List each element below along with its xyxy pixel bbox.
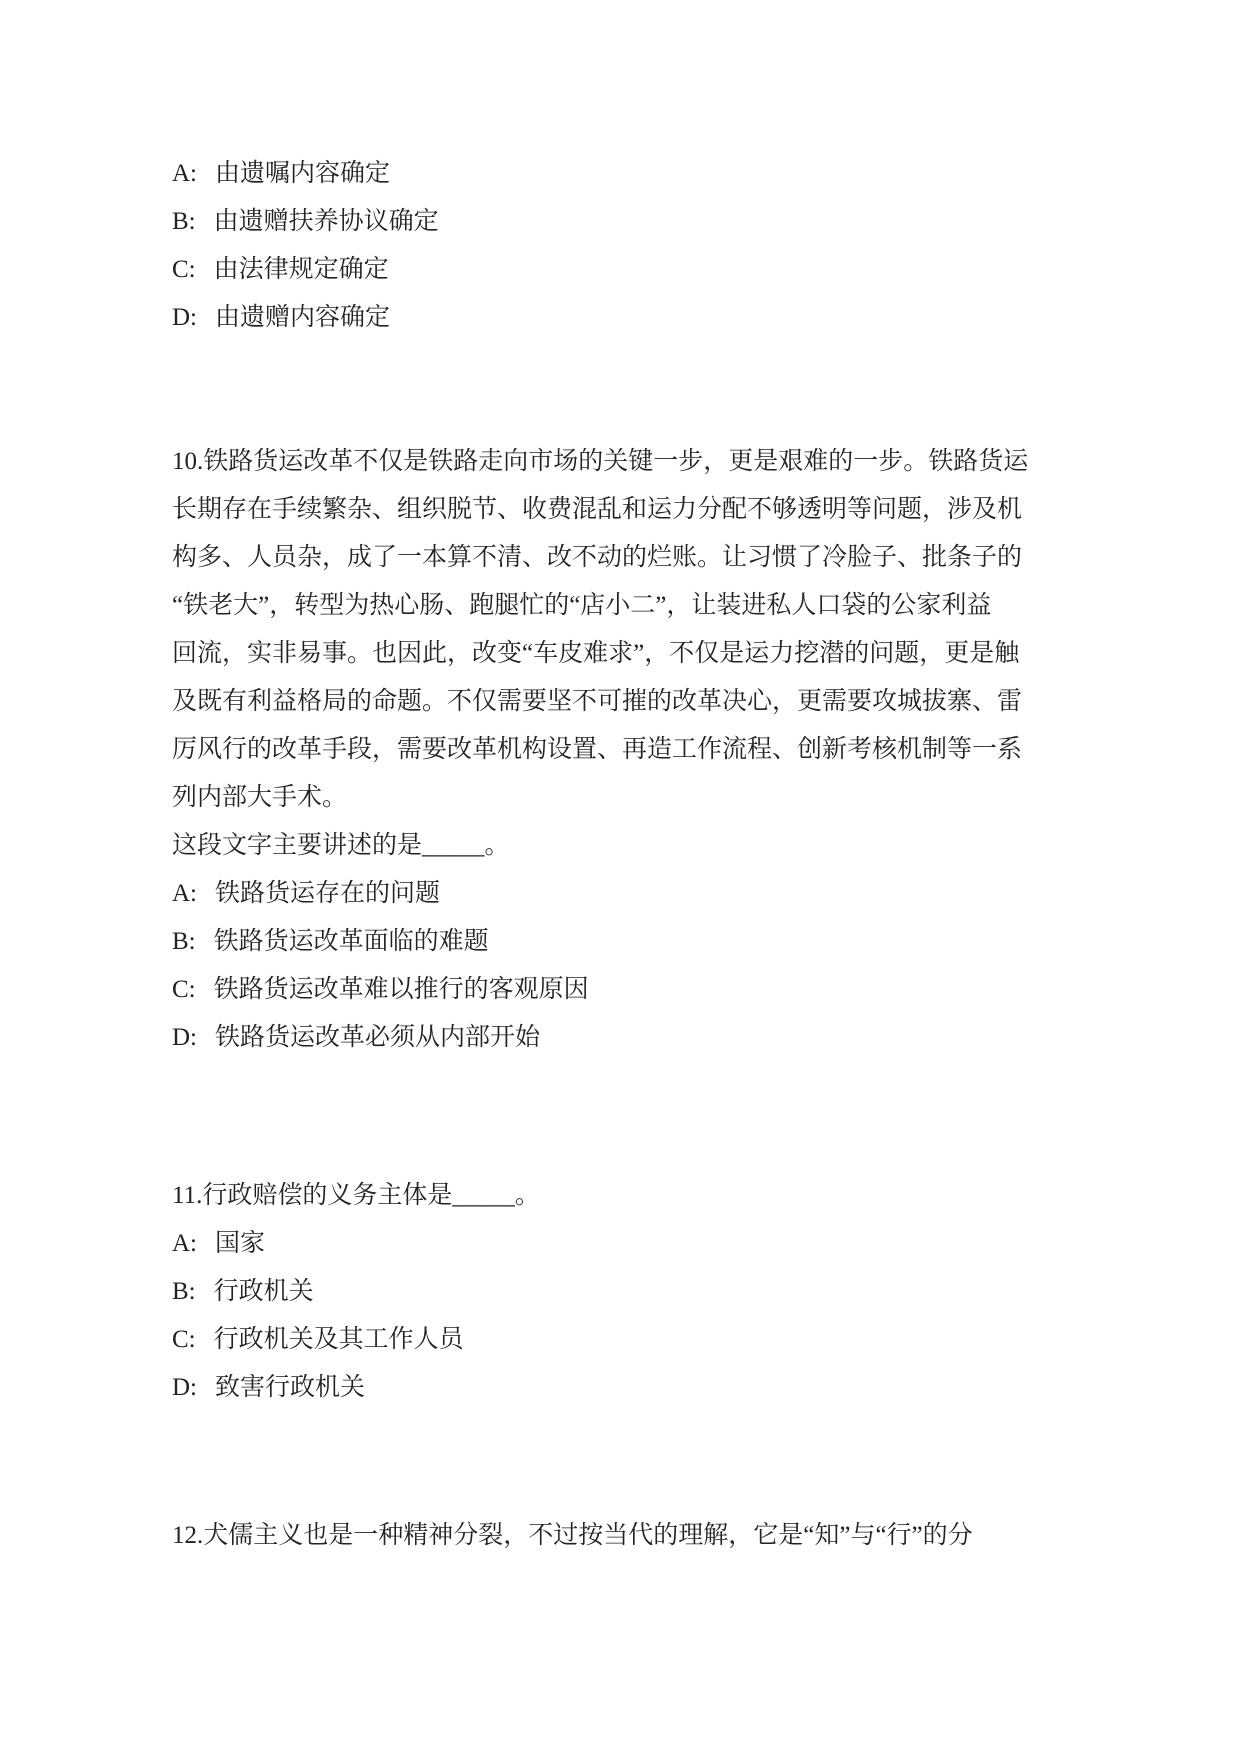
option-label: A: — [172, 1220, 197, 1268]
option-label: D: — [172, 294, 197, 342]
option-row: B:由遗赠扶养协议确定 — [172, 198, 1064, 246]
option-row: C:行政机关及其工作人员 — [172, 1316, 1064, 1364]
question-prompt: 这段文字主要讲述的是_____。 — [172, 822, 1064, 870]
question-12: 12.犬儒主义也是一种精神分裂，不过按当代的理解，它是“知”与“行”的分 — [172, 1512, 1064, 1560]
option-row: D:致害行政机关 — [172, 1364, 1064, 1412]
question-stem-line: 及既有利益格局的命题。不仅需要坚不可摧的改革决心，更需要攻城拔寨、雷 — [172, 678, 1064, 726]
question-11: 11.行政赔偿的义务主体是_____。 A:国家 B:行政机关 C:行政机关及其… — [172, 1172, 1064, 1412]
option-text: 铁路货运改革难以推行的客观原因 — [214, 966, 589, 1014]
option-row: A:由遗嘱内容确定 — [172, 150, 1064, 198]
option-text: 由遗赠扶养协议确定 — [214, 198, 439, 246]
option-label: B: — [172, 918, 196, 966]
option-text: 由法律规定确定 — [214, 246, 389, 294]
question-10: 10.铁路货运改革不仅是铁路走向市场的关键一步，更是艰难的一步。铁路货运 长期存… — [172, 438, 1064, 1062]
question-stem-line: 厉风行的改革手段，需要改革机构设置、再造工作流程、创新考核机制等一系 — [172, 726, 1064, 774]
option-text: 国家 — [215, 1220, 265, 1268]
question-stem-line: 回流，实非易事。也因此，改变“车皮难求”，不仅是运力挖潜的问题，更是触 — [172, 630, 1064, 678]
question-stem-line: 10.铁路货运改革不仅是铁路走向市场的关键一步，更是艰难的一步。铁路货运 — [172, 438, 1064, 486]
option-label: C: — [172, 246, 196, 294]
option-row: B:铁路货运改革面临的难题 — [172, 918, 1064, 966]
option-label: B: — [172, 198, 196, 246]
option-label: C: — [172, 966, 196, 1014]
option-text: 致害行政机关 — [215, 1364, 365, 1412]
option-text: 行政机关及其工作人员 — [214, 1316, 464, 1364]
question-stem-line: 构多、人员杂，成了一本算不清、改不动的烂账。让习惯了冷脸子、批条子的 — [172, 534, 1064, 582]
option-text: 行政机关 — [214, 1268, 314, 1316]
option-text: 由遗嘱内容确定 — [215, 150, 390, 198]
option-text: 由遗赠内容确定 — [215, 294, 390, 342]
option-row: D:铁路货运改革必须从内部开始 — [172, 1014, 1064, 1062]
option-label: D: — [172, 1014, 197, 1062]
option-label: C: — [172, 1316, 196, 1364]
option-label: A: — [172, 870, 197, 918]
option-row: C:由法律规定确定 — [172, 246, 1064, 294]
question-stem-line: 12.犬儒主义也是一种精神分裂，不过按当代的理解，它是“知”与“行”的分 — [172, 1512, 1064, 1560]
option-label: A: — [172, 150, 197, 198]
option-text: 铁路货运改革必须从内部开始 — [215, 1014, 540, 1062]
option-row: A:国家 — [172, 1220, 1064, 1268]
option-row: B:行政机关 — [172, 1268, 1064, 1316]
question-stem-line: 列内部大手术。 — [172, 774, 1064, 822]
document-page: A:由遗嘱内容确定 B:由遗赠扶养协议确定 C:由法律规定确定 D:由遗赠内容确… — [0, 0, 1240, 1753]
option-row: C:铁路货运改革难以推行的客观原因 — [172, 966, 1064, 1014]
question-9-options: A:由遗嘱内容确定 B:由遗赠扶养协议确定 C:由法律规定确定 D:由遗赠内容确… — [172, 150, 1064, 342]
option-text: 铁路货运存在的问题 — [215, 870, 440, 918]
question-stem-line: 长期存在手续繁杂、组织脱节、收费混乱和运力分配不够透明等问题，涉及机 — [172, 486, 1064, 534]
option-row: D:由遗赠内容确定 — [172, 294, 1064, 342]
option-row: A:铁路货运存在的问题 — [172, 870, 1064, 918]
option-label: B: — [172, 1268, 196, 1316]
question-stem-line: “铁老大”，转型为热心肠、跑腿忙的“店小二”，让装进私人口袋的公家利益 — [172, 582, 1064, 630]
question-stem: 11.行政赔偿的义务主体是_____。 — [172, 1172, 1064, 1220]
option-text: 铁路货运改革面临的难题 — [214, 918, 489, 966]
option-label: D: — [172, 1364, 197, 1412]
